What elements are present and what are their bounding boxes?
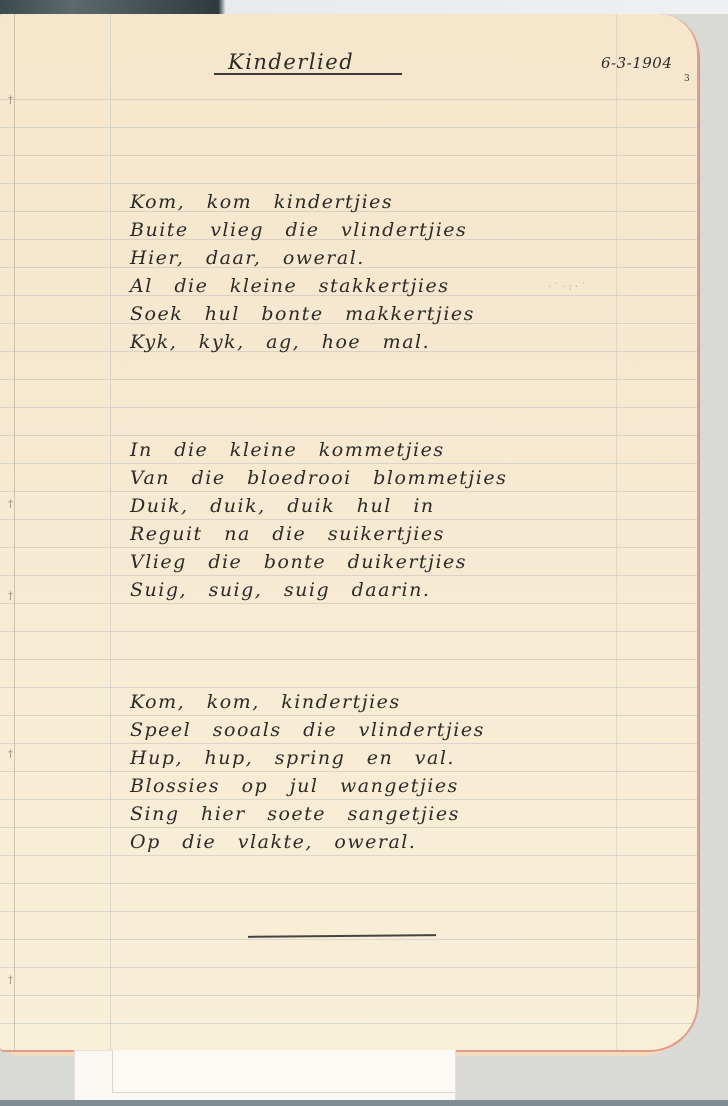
verse-line: Hup, hup, spring en val. (130, 744, 485, 772)
stanza-1: Kom, kom kindertjies Buite vlieg die vli… (130, 188, 475, 356)
title-underline (214, 73, 402, 75)
scan-background-top (0, 0, 728, 14)
verse-line: Suig, suig, suig daarin. (130, 576, 507, 604)
left-margin-line (110, 14, 111, 1050)
verse-line: Kom, kom, kindertjies (130, 688, 485, 716)
binding-fold (14, 14, 15, 1050)
inserted-card-inner (112, 1050, 455, 1093)
verse-line: Kom, kom kindertjies (130, 188, 475, 216)
ink-smudge: ·˙·:·˙ (548, 282, 589, 293)
binding-stitch: † (8, 750, 16, 760)
verse-line: Sing hier soete sangetjies (130, 800, 485, 828)
stanza-2: In die kleine kommetjies Van die bloedro… (130, 436, 507, 604)
date: 6-3-1904 (601, 54, 672, 72)
verse-line: Hier, daar, oweral. (130, 244, 475, 272)
scan-background-bottom (0, 1100, 728, 1106)
stanza-3: Kom, kom, kindertjies Speel sooals die v… (130, 688, 485, 856)
verse-line: Van die bloedrooi blommetjies (130, 464, 507, 492)
binding-stitch: † (8, 500, 16, 510)
verse-line: In die kleine kommetjies (130, 436, 507, 464)
verse-line: Kyk, kyk, ag, hoe mal. (130, 328, 475, 356)
right-margin-line (616, 14, 617, 1050)
verse-line: Buite vlieg die vlindertjies (130, 216, 475, 244)
verse-line: Soek hul bonte makkertjies (130, 300, 475, 328)
page-number: 3 (684, 74, 690, 84)
binding-stitch: † (8, 592, 16, 602)
notebook-page: † † † † † Kinderlied 6-3-1904 3 ·˙·:·˙ K… (0, 14, 699, 1052)
verse-line: Al die kleine stakkertjies (130, 272, 475, 300)
binding-stitch: † (8, 976, 16, 986)
verse-line: Op die vlakte, oweral. (130, 828, 485, 856)
verse-line: Duik, duik, duik hul in (130, 492, 507, 520)
binding-stitch: † (8, 96, 16, 106)
verse-line: Blossies op jul wangetjies (130, 772, 485, 800)
verse-line: Speel sooals die vlindertjies (130, 716, 485, 744)
poem-title: Kinderlied (228, 50, 354, 74)
verse-line: Reguit na die suikertjies (130, 520, 507, 548)
verse-line: Vlieg die bonte duikertjies (130, 548, 507, 576)
